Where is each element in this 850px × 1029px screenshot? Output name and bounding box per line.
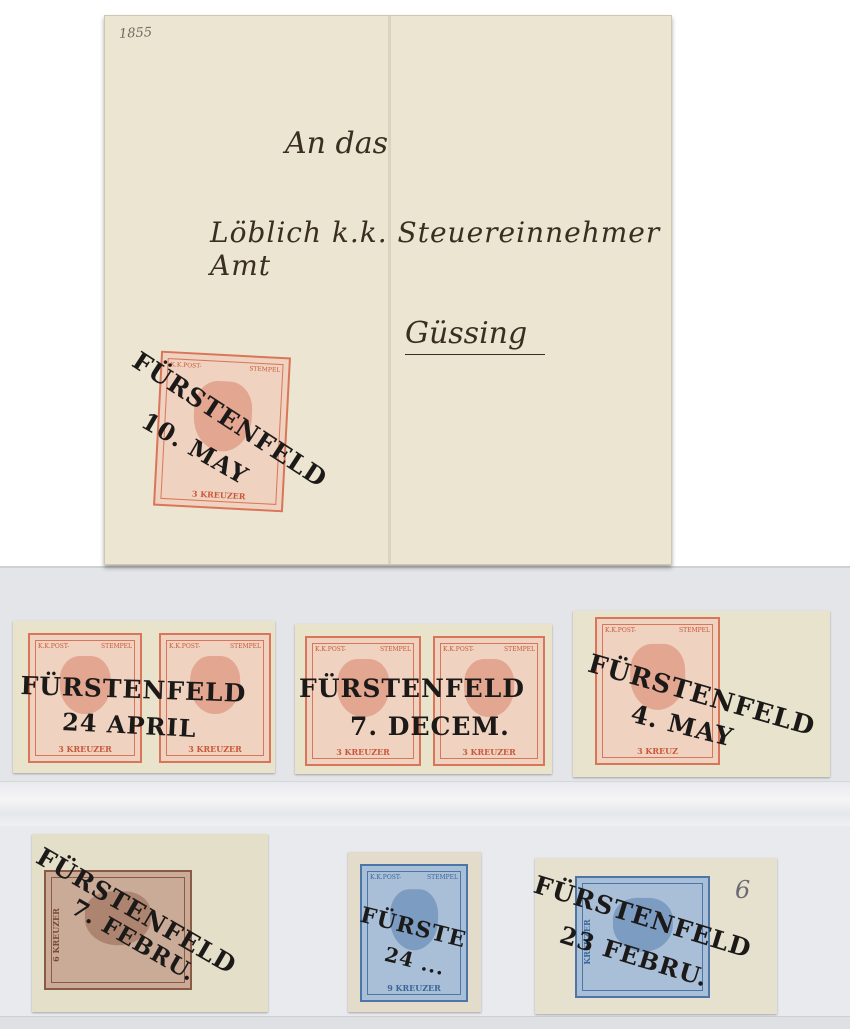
piece-blue-9kr-fragment: KREUZER 6 FÜRSTENFELD 23 FEBRU.	[535, 858, 777, 1014]
year-note: 1855	[119, 25, 153, 42]
address-line-2: Löblich k.k. Steuereinnehmer Amt	[210, 216, 671, 282]
stamp-top-label: K.K.POST-STEMPEL	[315, 646, 411, 653]
piece-brown-6kr: 6 KREUZER FÜRSTENFELD 7. FEBRU.	[32, 834, 268, 1012]
stamp-value: 3 KREUZER	[443, 747, 535, 757]
stamp-top-label: K.K.POST-STEMPEL	[38, 643, 132, 650]
stamp-top-label: K.K.POST-STEMPEL	[169, 643, 261, 650]
stamp-top-label: K.K.POST-STEMPEL	[605, 627, 710, 634]
stamp-value: 3 KREUZER	[169, 744, 261, 754]
cancel-town: FÜRSTENFELD	[299, 674, 525, 703]
piece-pair-decem: K.K.POST-STEMPEL 3 KREUZER K.K.POST-STEM…	[295, 624, 552, 774]
cancel-date: 7. DECEM.	[350, 712, 510, 741]
stamp-top-label: K.K.POST-STEMPEL	[443, 646, 535, 653]
stamp-value: 9 KREUZER	[370, 983, 458, 993]
piece-single-may: K.K.POST-STEMPEL 3 KREUZ FÜRSTENFELD 4. …	[573, 611, 830, 777]
stamp-value: 3 KREUZER	[315, 747, 411, 757]
piece-blue-9kr: K.K.POST-STEMPEL 9 KREUZER FÜRSTE 24 ...	[348, 852, 481, 1012]
stamp-value: 3 KREUZ	[605, 746, 710, 756]
piece-pair-april: K.K.POST-STEMPEL 3 KREUZER K.K.POST-STEM…	[13, 621, 275, 773]
letter-cover: 1855 An das Löblich k.k. Steuereinnehmer…	[104, 15, 672, 565]
stamp-value: 3 KREUZER	[38, 744, 132, 754]
address-line-1: An das	[285, 126, 388, 161]
album-strip-divider	[0, 781, 850, 828]
stamp-value: 6 KREUZER	[51, 905, 61, 965]
pencil-note: 6	[735, 876, 750, 904]
stamp-top-label: K.K.POST-STEMPEL	[370, 874, 458, 881]
album-strip-edge	[0, 1016, 850, 1029]
address-line-3: Güssing	[405, 316, 527, 351]
